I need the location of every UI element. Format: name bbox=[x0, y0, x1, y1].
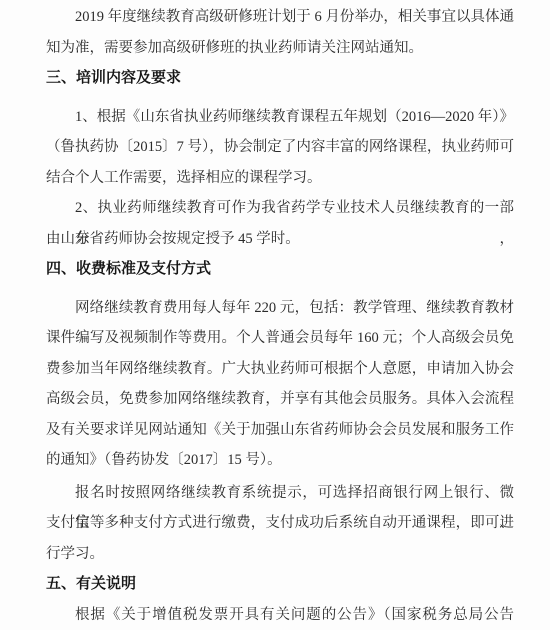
document-page: 2019 年度继续教育高级研修班计划于 6 月份举办，相关事宜以具体通知为准，需… bbox=[0, 0, 550, 630]
document-line: 结合个人工作需要，选择相应的课程学习。 bbox=[46, 163, 514, 194]
document-line: 课件编写及视频制作等费用。个人普通会员每年 160 元；个人高级会员免 bbox=[46, 323, 514, 354]
document-line: 网络继续教育费用每人每年 220 元，包括：教学管理、继续教育教材 bbox=[46, 293, 514, 324]
document-line: 报名时按照网络继续教育系统提示，可选择招商银行网上银行、微信、 bbox=[46, 478, 514, 509]
document-line: 2019 年度继续教育高级研修班计划于 6 月份举办，相关事宜以具体通 bbox=[46, 2, 514, 33]
section-heading: 四、收费标准及支付方式 bbox=[46, 254, 514, 285]
document-line: 高级会员，免费参加网络继续教育，并享有其他会员服务。具体入会流程 bbox=[46, 384, 514, 415]
document-line: 根据《关于增值税发票开具有关问题的公告》（国家税务总局公告 2017 bbox=[46, 600, 514, 630]
document-line: 知为准，需要参加高级研修班的执业药师请关注网站通知。 bbox=[46, 33, 514, 64]
document-line: 及有关要求详见网站通知《关于加强山东省药师协会会员发展和服务工作 bbox=[46, 415, 514, 446]
section-heading: 三、培训内容及要求 bbox=[46, 63, 514, 94]
document-line: （鲁执药协〔2015〕7 号），协会制定了内容丰富的网络课程，执业药师可 bbox=[46, 132, 514, 163]
document-line: 2、执业药师继续教育可作为我省药学专业技术人员继续教育的一部分， bbox=[46, 193, 514, 224]
section-heading: 五、有关说明 bbox=[46, 569, 514, 600]
document-line: 费参加当年网络继续教育。广大执业药师可根据个人意愿，申请加入协会 bbox=[46, 354, 514, 385]
document-line: 支付宝等多种支付方式进行缴费，支付成功后系统自动开通课程，即可进 bbox=[46, 508, 514, 539]
document-line: 行学习。 bbox=[46, 539, 514, 570]
document-line: 的通知》（鲁药协发〔2017〕15 号）。 bbox=[46, 445, 514, 476]
document-line: 1、根据《山东省执业药师继续教育课程五年规划（2016—2020 年）》 bbox=[46, 102, 514, 133]
